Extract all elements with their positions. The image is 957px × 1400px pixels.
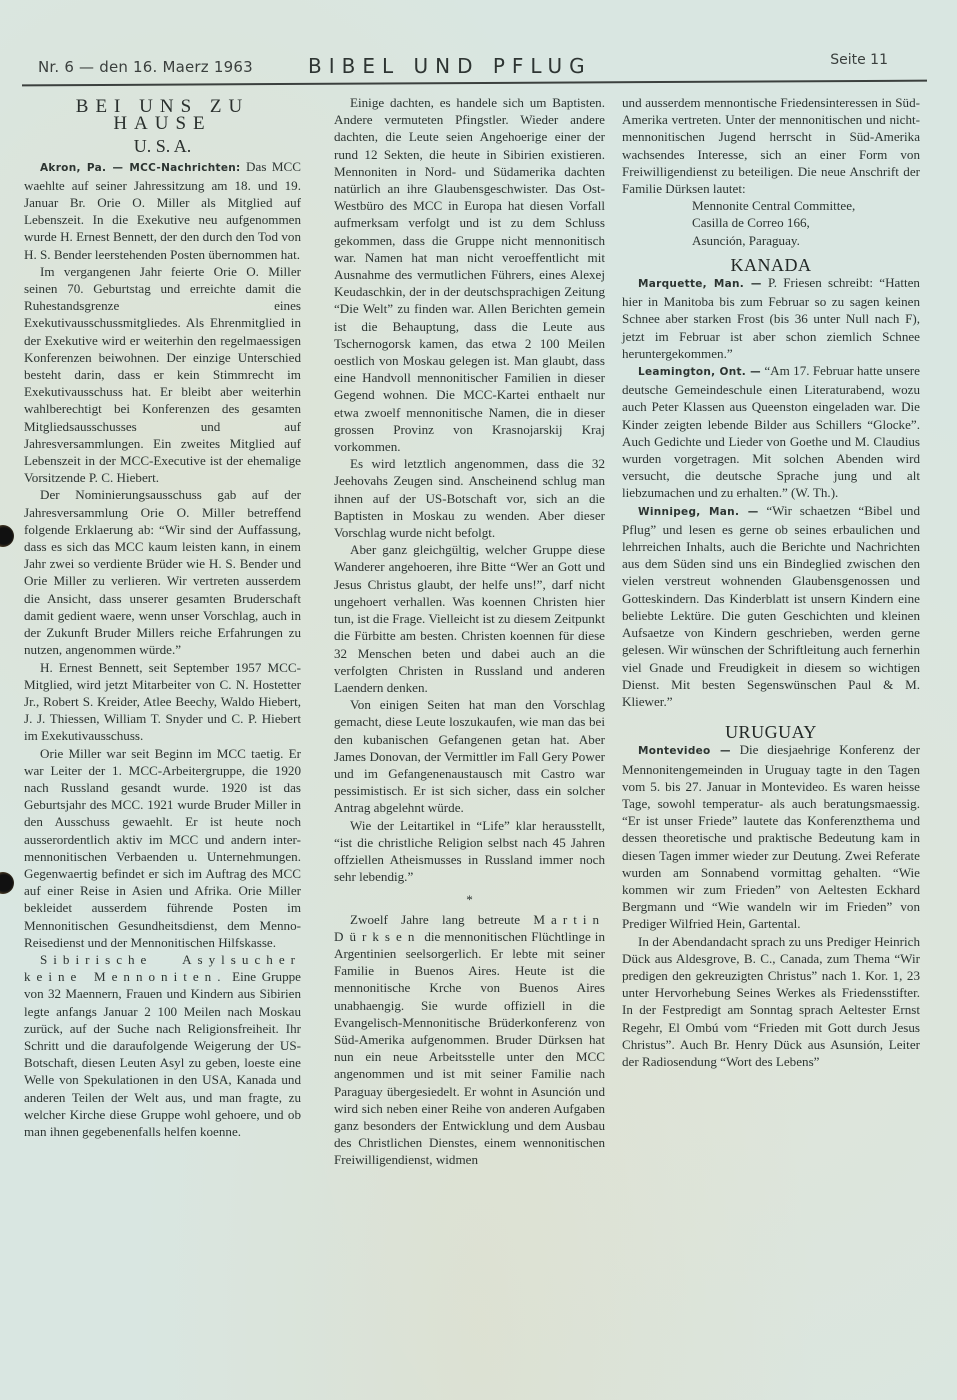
article-paragraph: Zwoelf Jahre lang betreute Martin Dürkse… [334, 911, 605, 1169]
dateline: Akron, Pa. — MCC-Nachrichten: [40, 162, 241, 174]
dateline: Marquette, Man. — [638, 278, 762, 290]
article-paragraph: Aber ganz gleichgültig, welcher Gruppe d… [334, 541, 605, 696]
column-3: und ausserdem mennontische Friedensinter… [622, 94, 920, 1070]
article-paragraph: Von einigen Seiten hat man den Vorschlag… [334, 696, 605, 816]
article-paragraph: Der Nominierungsausschuss gab auf der Ja… [24, 486, 301, 658]
address-line: Mennonite Central Committee, [622, 197, 920, 214]
region-heading-usa: U. S. A. [24, 138, 301, 155]
article-paragraph: Sibirische Asylsucher keine Mennoniten. … [24, 951, 301, 1140]
article-paragraph: Akron, Pa. — MCC-Nachrichten: Das MCC wa… [24, 158, 301, 263]
article-paragraph: Montevideo — Die diesjaehrige Konferenz … [622, 741, 920, 932]
article-paragraph: Im vergangenen Jahr feierte Orie O. Mill… [24, 263, 301, 487]
column-2: Einige dachten, es handele sich um Bapti… [334, 94, 605, 1169]
binding-hole-icon [0, 525, 14, 547]
article-paragraph: Wie der Leitartikel in “Life” klar herau… [334, 817, 605, 886]
region-heading-kanada: KANADA [622, 257, 920, 274]
page-number: Seite 11 [830, 52, 888, 68]
article-paragraph: Einige dachten, es handele sich um Bapti… [334, 94, 605, 455]
binding-hole-icon [0, 872, 14, 894]
publication-title: BIBEL UND PFLUG [308, 54, 592, 78]
address-line: Asunción, Paraguay. [622, 232, 920, 249]
newspaper-page: Nr. 6 — den 16. Maerz 1963 BIBEL UND PFL… [0, 0, 957, 1400]
article-paragraph: Marquette, Man. — P. Friesen schreibt: “… [622, 274, 920, 362]
article-paragraph-continued: und ausserdem mennontische Friedensinter… [622, 94, 920, 197]
issue-date: Nr. 6 — den 16. Maerz 1963 [38, 58, 253, 76]
article-paragraph: H. Ernest Bennett, seit September 1957 M… [24, 659, 301, 745]
masthead: Nr. 6 — den 16. Maerz 1963 BIBEL UND PFL… [38, 52, 888, 82]
article-paragraph: Orie Miller war seit Beginn im MCC taeti… [24, 745, 301, 951]
section-title: BEI UNS ZU HAUSE [24, 98, 301, 132]
address-line: Casilla de Correo 166, [622, 214, 920, 231]
article-paragraph: In der Abendandacht sprach zu uns Predig… [622, 933, 920, 1071]
dateline: Montevideo — [638, 745, 731, 757]
article-paragraph: Winnipeg, Man. — “Wir schaetzen “Bibel u… [622, 502, 920, 710]
article-paragraph: Leamington, Ont. — “Am 17. Februar hatte… [622, 362, 920, 502]
article-paragraph: Es wird letztlich angenommen, dass die 3… [334, 455, 605, 541]
region-heading-uruguay: URUGUAY [622, 724, 920, 741]
dateline: Leamington, Ont. — [638, 366, 761, 378]
dateline: Winnipeg, Man. — [638, 506, 759, 518]
section-separator: * [334, 891, 605, 908]
column-1: BEI UNS ZU HAUSE U. S. A. Akron, Pa. — M… [24, 94, 301, 1140]
